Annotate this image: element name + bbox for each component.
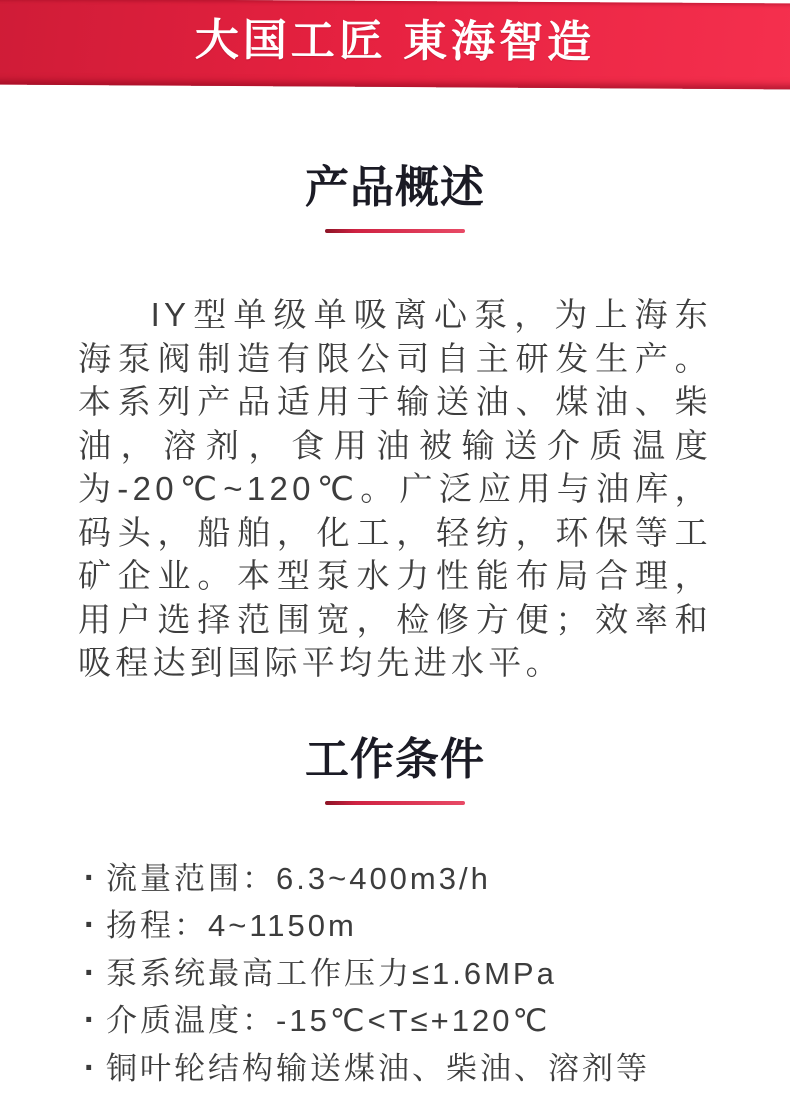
brand-ribbon-title: 大国工匠 東海智造 (195, 19, 596, 69)
bullet-icon: · (84, 1045, 106, 1092)
list-item: · 泵系统最高工作压力≤1.6MPa (84, 950, 730, 998)
red-divider (325, 801, 465, 805)
product-detail-page: 大国工匠 東海智造 产品概述 IY型单级单吸离心泵，为上海东海泵阀制造有限公司自… (0, 1, 790, 1114)
condition-impeller-structure: 铜叶轮结构输送煤油、柴油、溶剂等 (106, 1046, 650, 1093)
list-item: · 扬程：4~1150m (84, 902, 730, 950)
section-product-overview: 产品概述 IY型单级单吸离心泵，为上海东海泵阀制造有限公司自主研发生产。本系列产… (0, 163, 790, 685)
section-working-conditions: 工作条件 · 流量范围：6.3~400m3/h · 扬程：4~1150m · 泵… (0, 735, 790, 1093)
overview-paragraph: IY型单级单吸离心泵，为上海东海泵阀制造有限公司自主研发生产。本系列产品适用于输… (78, 293, 712, 685)
condition-flow-range: 流量范围：6.3~400m3/h (106, 856, 491, 903)
conditions-section-title: 工作条件 (0, 735, 790, 785)
bullet-icon: · (84, 950, 106, 997)
condition-head: 扬程：4~1150m (106, 903, 357, 950)
bullet-icon: · (84, 997, 106, 1044)
bullet-icon: · (84, 855, 106, 902)
conditions-list: · 流量范围：6.3~400m3/h · 扬程：4~1150m · 泵系统最高工… (84, 855, 730, 1093)
condition-max-pressure: 泵系统最高工作压力≤1.6MPa (106, 951, 557, 998)
bullet-icon: · (84, 902, 106, 949)
list-item: · 介质温度：-15℃<T≤+120℃ (84, 997, 730, 1045)
red-divider (325, 229, 465, 233)
list-item: · 流量范围：6.3~400m3/h (84, 855, 730, 903)
list-item: · 铜叶轮结构输送煤油、柴油、溶剂等 (84, 1045, 730, 1093)
overview-section-title: 产品概述 (0, 163, 790, 213)
brand-ribbon: 大国工匠 東海智造 (0, 0, 790, 89)
condition-medium-temperature: 介质温度：-15℃<T≤+120℃ (106, 998, 550, 1045)
